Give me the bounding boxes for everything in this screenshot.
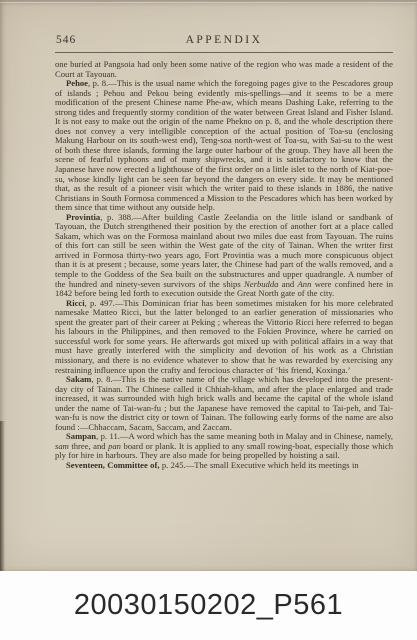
paragraph: Sampan, p. 11.—A word which has the same… (55, 432, 393, 461)
paragraph: one buried at Pangsoia had only been som… (55, 60, 393, 79)
paragraph: Sakam, p. 8.—This is the native name of … (55, 375, 393, 432)
page-header: 546 APPENDIX (55, 33, 393, 49)
scanned-book-page-viewer: 546 APPENDIX one buried at Pangsoia had … (0, 0, 417, 640)
page-body: one buried at Pangsoia had only been som… (55, 60, 393, 471)
paragraph: Provintia, p. 388.—After building Castle… (55, 213, 393, 299)
page-content: 546 APPENDIX one buried at Pangsoia had … (55, 33, 393, 471)
page-title: APPENDIX (55, 34, 393, 46)
scanned-page: 546 APPENDIX one buried at Pangsoia had … (0, 0, 417, 571)
scan-id-bar: 20030150202_P561 (0, 571, 417, 640)
paragraph: Seventeen, Committee of, p. 245.—The sma… (55, 461, 393, 471)
scan-id-label: 20030150202_P561 (74, 589, 343, 622)
paragraph: Ricci, p. 497.—This Dominican friar has … (55, 299, 393, 375)
header-rule (55, 52, 393, 53)
paragraph: Pehoe, p. 8.—This is the usual name whic… (55, 79, 393, 213)
